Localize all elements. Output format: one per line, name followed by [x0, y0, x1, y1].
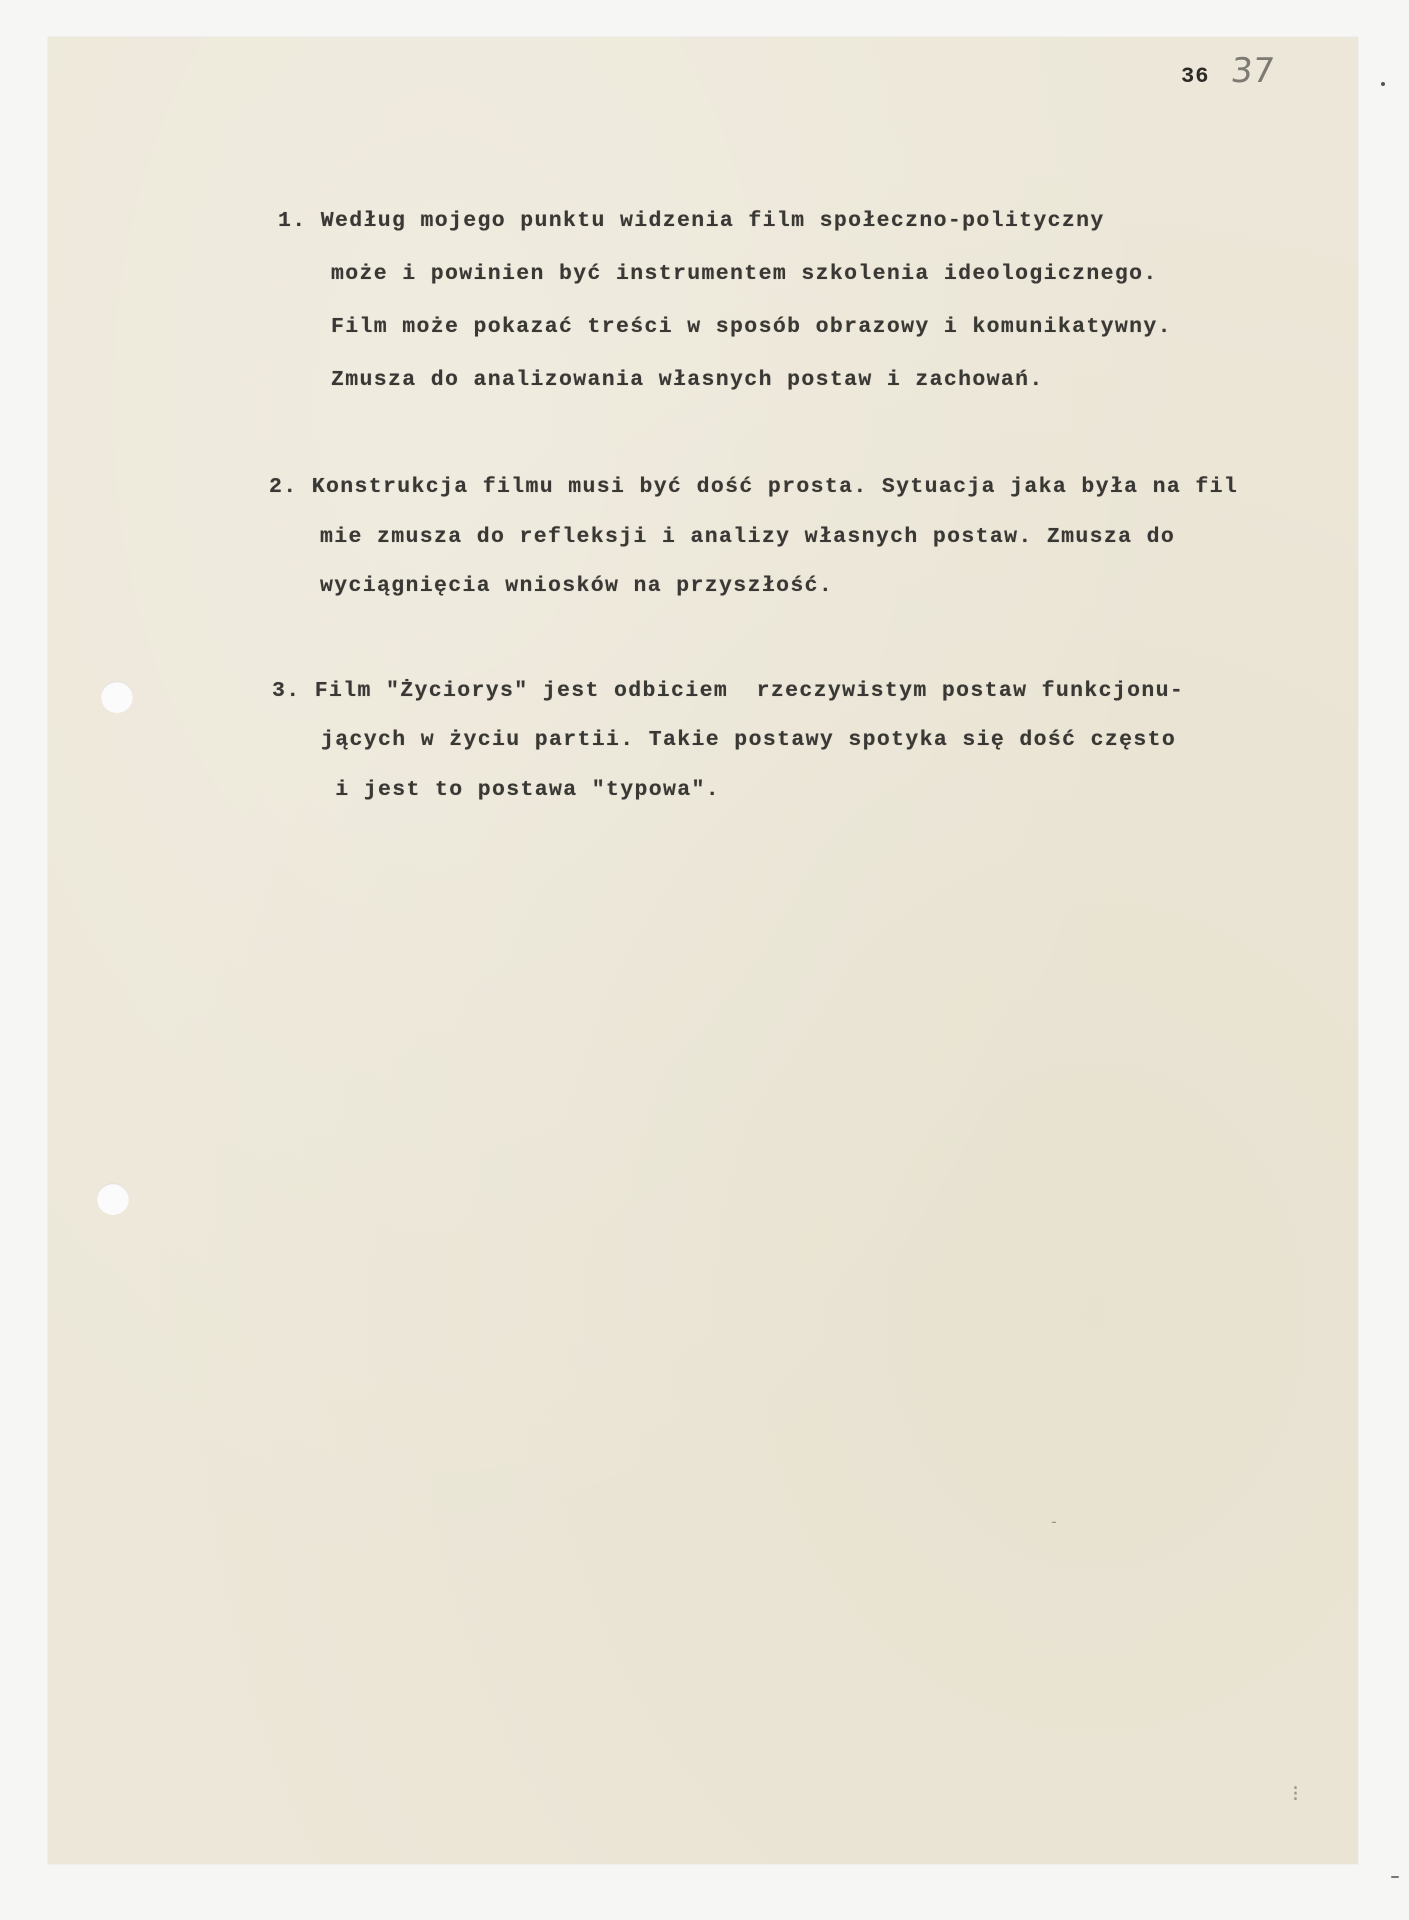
document-page: 36 37 1. Według mojego punktu widzenia f… — [48, 37, 1358, 1864]
page-number-typed: 36 — [1181, 64, 1209, 89]
punch-hole-bottom — [97, 1183, 129, 1215]
item-1-line-3: Film może pokazać treści w sposób obrazo… — [331, 315, 1172, 339]
item-1-line-1: 1. Według mojego punktu widzenia film sp… — [278, 209, 1105, 233]
scan-artifact-dot — [1391, 1876, 1399, 1878]
item-2-line-3: wyciągnięcia wniosków na przyszłość. — [320, 574, 833, 598]
item-2-line-2: mie zmusza do refleksji i analizy własny… — [320, 525, 1175, 549]
page-number-handwritten: 37 — [1229, 51, 1276, 91]
item-1-line-4: Zmusza do analizowania własnych postaw i… — [331, 368, 1044, 392]
item-1-line-2: może i powinien być instrumentem szkolen… — [331, 262, 1158, 286]
item-3-line-1: 3. Film "Życiorys" jest odbiciem rzeczyw… — [272, 679, 1184, 703]
item-3-line-2: jących w życiu partii. Takie postawy spo… — [321, 728, 1176, 752]
pencil-mark: ⁝ — [1292, 1782, 1299, 1807]
pencil-mark: - — [1051, 1512, 1057, 1531]
punch-hole-top — [101, 681, 133, 713]
item-2-line-1: 2. Konstrukcja filmu musi być dość prost… — [269, 475, 1238, 499]
item-3-line-3: i jest to postawa "typowa". — [321, 778, 720, 802]
scan-artifact-dot — [1381, 82, 1385, 86]
